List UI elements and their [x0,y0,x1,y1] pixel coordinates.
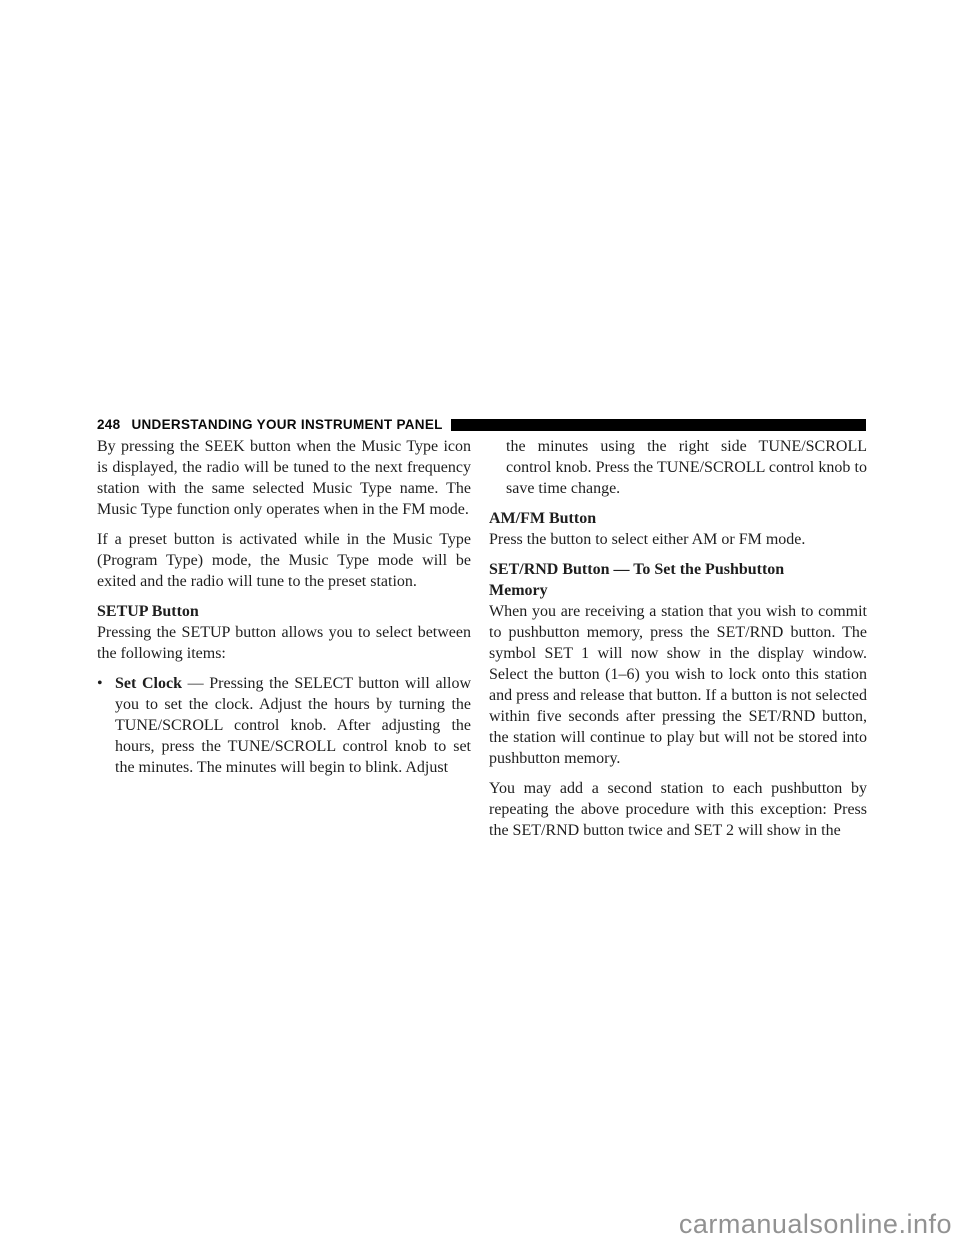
watermark-text: carmanualsonline.info [679,1211,952,1238]
paragraph-amfm: Press the button to select either AM or … [489,529,867,550]
page-header: 248 UNDERSTANDING YOUR INSTRUMENT PANEL [97,417,866,432]
bullet-set-clock-body: Set Clock — Pressing the SELECT button w… [115,673,471,778]
paragraph-setup-intro: Pressing the SETUP button allows you to … [97,622,471,664]
bullet-dot-icon: • [97,673,115,778]
manual-page-scan: 248 UNDERSTANDING YOUR INSTRUMENT PANEL … [0,0,960,1242]
paragraph-setrnd-1: When you are receiving a station that yo… [489,601,867,769]
heading-setup-button: SETUP Button [97,601,471,622]
page-number: 248 [97,417,120,432]
bullet-set-clock-continuation: the minutes using the right side TUNE/SC… [489,436,867,499]
paragraph-setrnd-2: You may add a second station to each pus… [489,778,867,841]
chapter-title: UNDERSTANDING YOUR INSTRUMENT PANEL [131,417,442,432]
right-column: the minutes using the right side TUNE/SC… [489,436,867,850]
bullet-set-clock-term: Set Clock [115,675,182,692]
left-column: By pressing the SEEK button when the Mus… [97,436,471,787]
paragraph-preset-button: If a preset button is activated while in… [97,529,471,592]
heading-amfm-button: AM/FM Button [489,508,867,529]
paragraph-seek-button: By pressing the SEEK button when the Mus… [97,436,471,520]
header-rule-bar [451,419,866,431]
heading-setrnd-button: SET/RND Button — To Set the Pushbutton M… [489,559,867,601]
bullet-set-clock: • Set Clock — Pressing the SELECT button… [97,673,471,778]
